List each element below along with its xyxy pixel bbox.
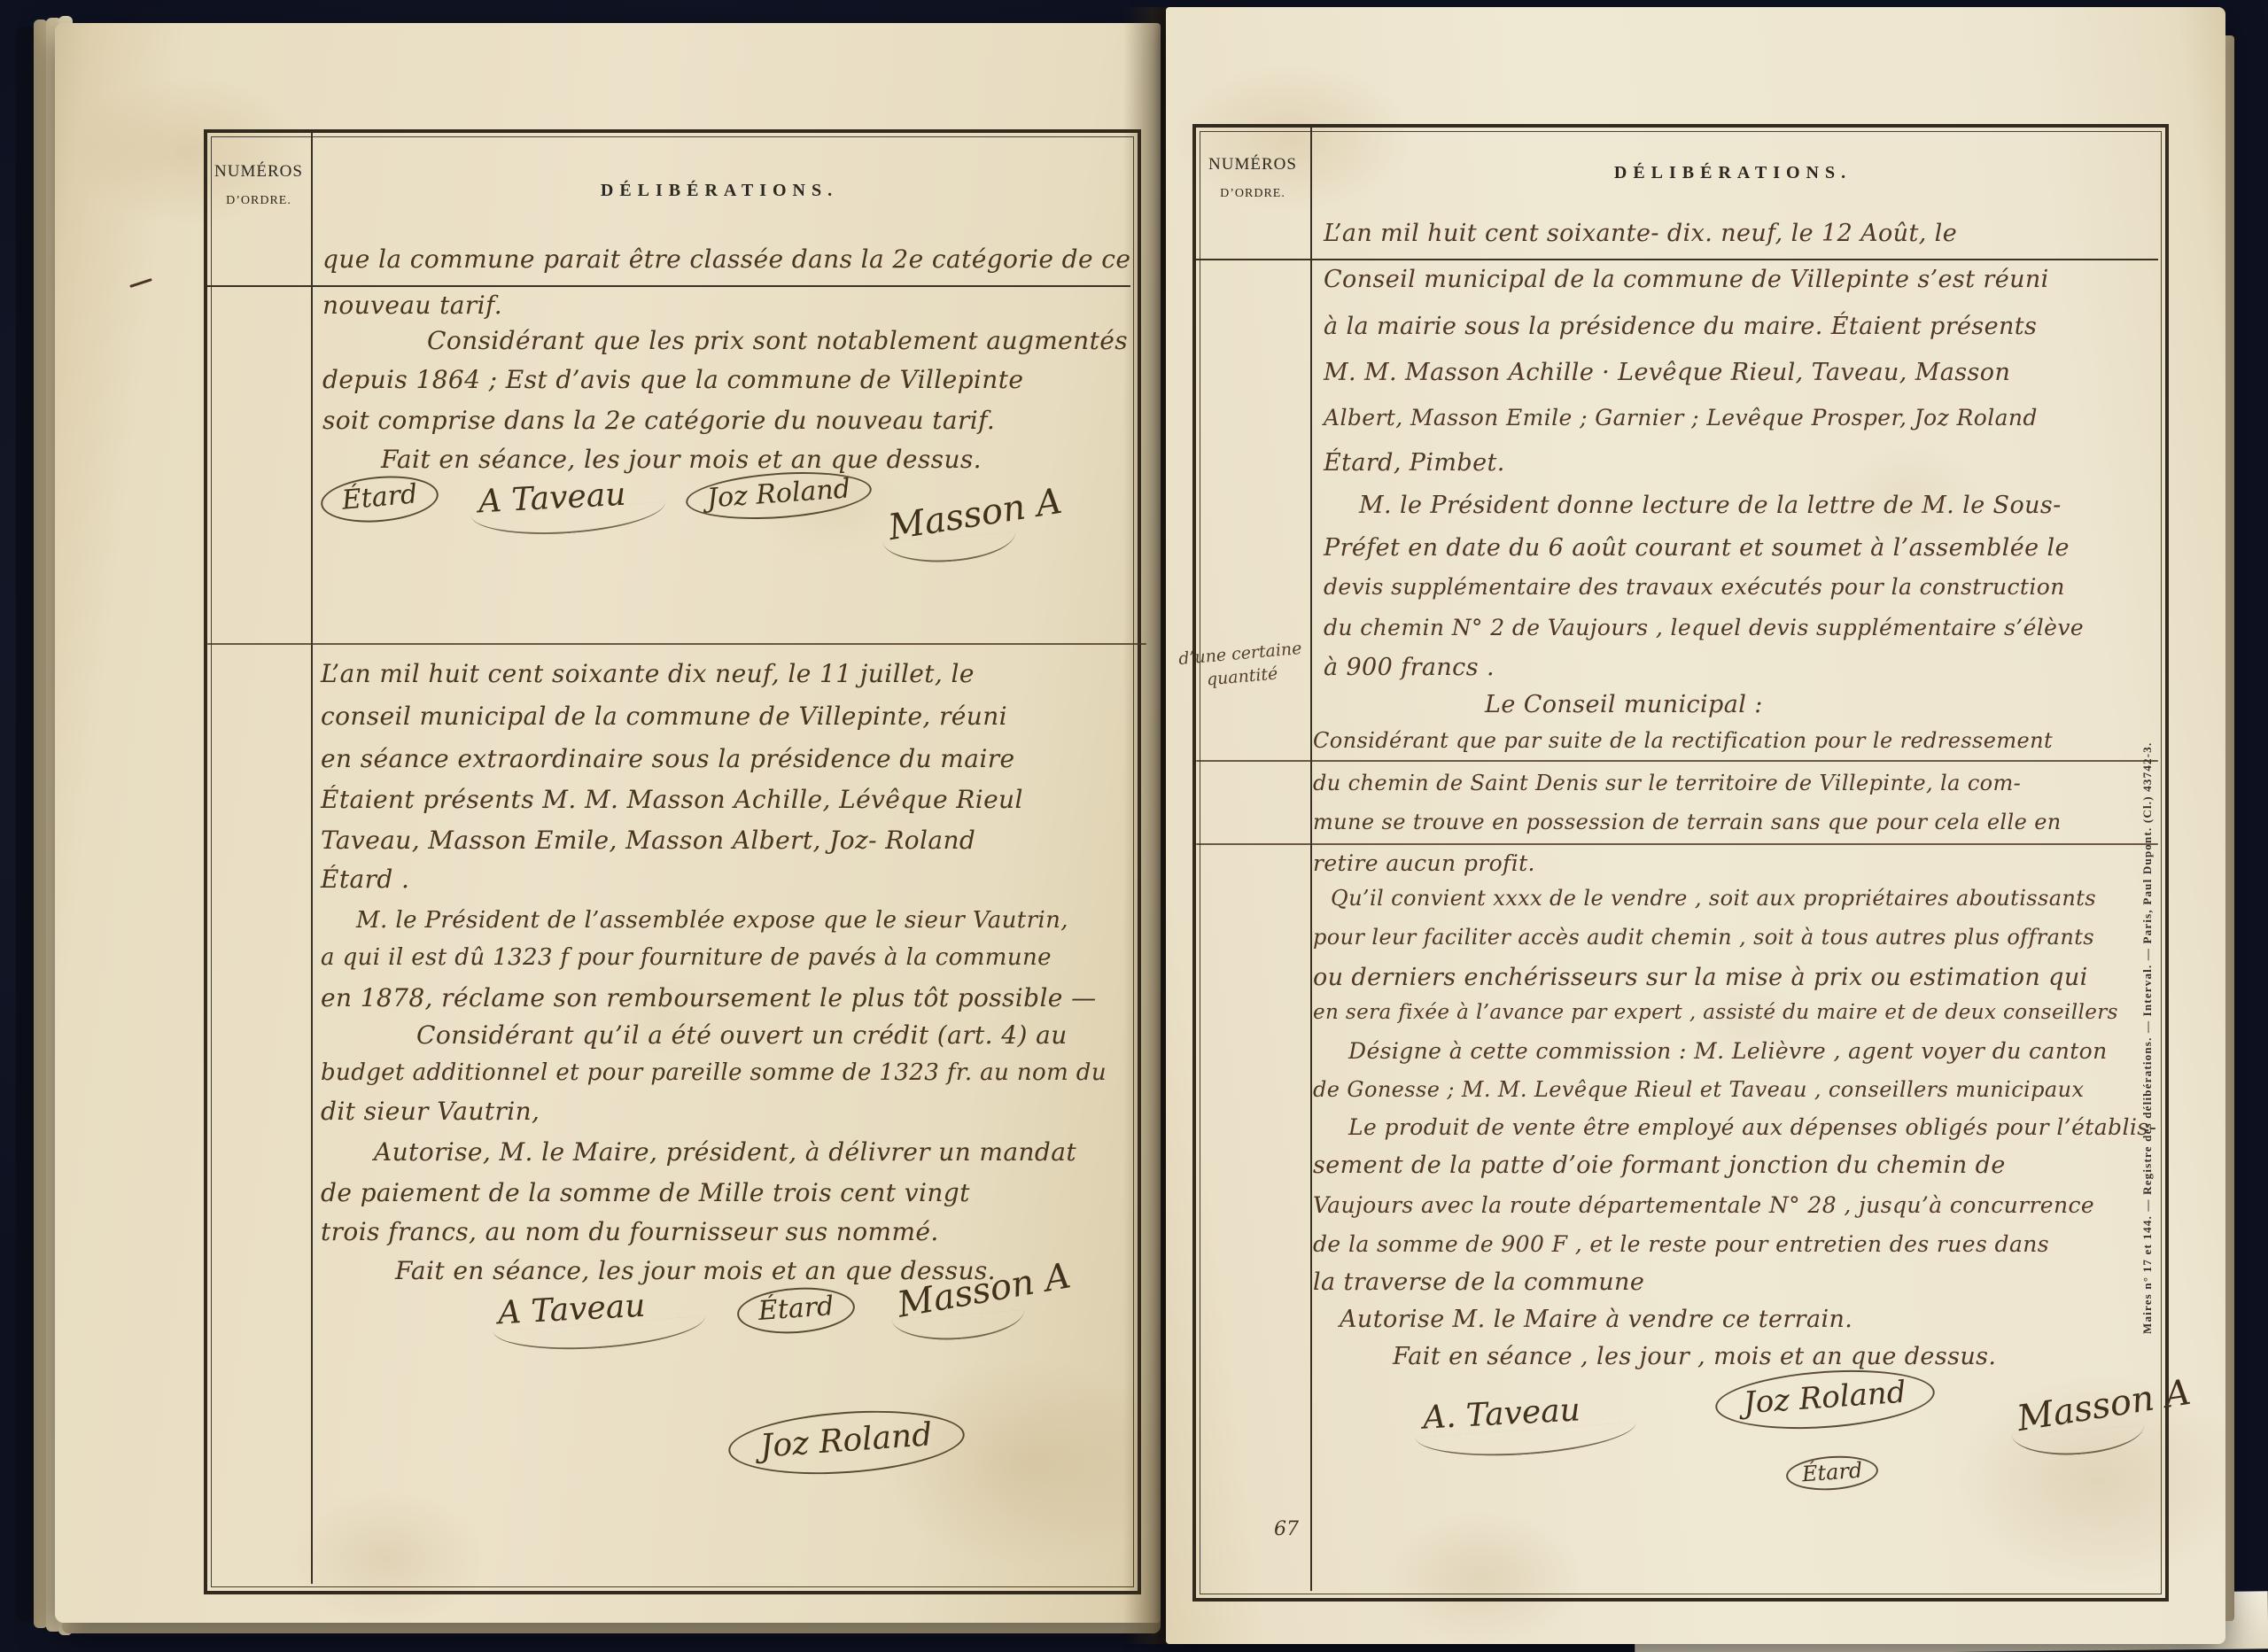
handwritten-line: Considérant qu’il a été ouvert un crédit… xyxy=(416,1020,1068,1050)
handwritten-line: M. M. Masson Achille · Levêque Rieul, Ta… xyxy=(1324,359,2010,386)
handwritten-line: du chemin de Saint Denis sur le territoi… xyxy=(1313,771,2021,795)
signature-text: Joz Roland xyxy=(706,473,851,514)
header-rule xyxy=(1196,259,2158,260)
dordre-label: D’ORDRE. xyxy=(207,194,310,207)
handwritten-line: a qui il est dû 1323 f pour fourniture d… xyxy=(321,944,1052,971)
signature-text: Étard xyxy=(340,478,418,516)
numeros-label: NUMÉROS xyxy=(1196,156,1309,175)
handwritten-line: Autorise M. le Maire à vendre ce terrain… xyxy=(1340,1306,1852,1333)
handwritten-line: à la mairie sous la présidence du maire.… xyxy=(1324,313,2037,340)
header-rule xyxy=(207,285,1130,287)
handwritten-line: Le Conseil municipal : xyxy=(1485,691,1763,718)
handwritten-line: en séance extraordinaire sous la préside… xyxy=(321,744,1014,773)
handwritten-line: la traverse de la commune xyxy=(1313,1268,1644,1296)
handwritten-line: Étard . xyxy=(321,865,409,894)
ink-stroke xyxy=(129,278,152,288)
handwritten-line: nouveau tarif. xyxy=(322,291,502,320)
handwritten-line: L’an mil huit cent soixante- dix. neuf, … xyxy=(1324,220,1957,247)
folio-number: 67 xyxy=(1274,1518,1299,1540)
handwritten-line: M. le Président donne lecture de la lett… xyxy=(1359,492,2062,519)
handwritten-line: Étaient présents M. M. Masson Achille, L… xyxy=(321,785,1023,814)
handwritten-line: L’an mil huit cent soixante dix neuf, le… xyxy=(321,659,975,688)
signature-text: Joz Roland xyxy=(1743,1375,1907,1422)
numeros-column-divider xyxy=(1310,128,1312,1591)
handwritten-line: Étard, Pimbet. xyxy=(1324,449,1505,477)
numeros-label: NUMÉROS xyxy=(207,163,310,182)
handwritten-line: M. le Président de l’assemblée expose qu… xyxy=(356,907,1068,934)
handwritten-line: Considérant que par suite de la rectific… xyxy=(1313,728,2053,753)
handwritten-line: Albert, Masson Emile ; Garnier ; Levêque… xyxy=(1324,405,2038,430)
handwritten-line: Autorise, M. le Maire, président, à déli… xyxy=(374,1137,1076,1167)
signature-text: Joz Roland xyxy=(759,1416,934,1464)
handwritten-line: Considérant que les prix sont notablemen… xyxy=(427,326,1128,355)
handwritten-line: soit comprise dans la 2e catégorie du no… xyxy=(322,406,995,435)
handwritten-line: Vaujours avec la route départementale N°… xyxy=(1313,1192,2094,1218)
handwritten-line: budget additionnel et pour pareille somm… xyxy=(321,1059,1107,1086)
handwritten-line: en sera fixée à l’avance par expert , as… xyxy=(1313,1001,2118,1024)
handwritten-line: mune se trouve en possession de terrain … xyxy=(1313,810,2062,834)
handwritten-line: Préfet en date du 6 août courant et soum… xyxy=(1324,534,2070,562)
handwritten-line: du chemin N° 2 de Vaujours , lequel devi… xyxy=(1324,615,2084,640)
handwritten-line: Fait en séance, les jour mois et an que … xyxy=(381,445,982,474)
page-edge-stack xyxy=(16,27,35,1621)
handwritten-line: Conseil municipal de la commune de Ville… xyxy=(1324,266,2049,293)
correction-rule xyxy=(1196,843,2158,845)
separator-line xyxy=(207,643,1146,645)
handwritten-line: Fait en séance, les jour mois et an que … xyxy=(395,1256,996,1285)
numeros-dordre-header: NUMÉROS D’ORDRE. xyxy=(1196,156,1309,200)
correction-rule xyxy=(1196,760,2158,762)
dordre-label: D’ORDRE. xyxy=(1196,187,1309,200)
handwritten-line: de Gonesse ; M. M. Levêque Rieul et Tave… xyxy=(1313,1077,2084,1102)
deliberations-header: DÉLIBÉRATIONS. xyxy=(321,181,1118,201)
deliberations-header: DÉLIBÉRATIONS. xyxy=(1325,163,2140,183)
signature-text: Étard xyxy=(1801,1458,1863,1487)
register-page-right: NUMÉROS D’ORDRE. DÉLIBÉRATIONS. d’une ce… xyxy=(1166,7,2225,1644)
handwritten-line: Le produit de vente être employé aux dép… xyxy=(1348,1114,2156,1140)
handwritten-line: ou derniers enchérisseurs sur la mise à … xyxy=(1313,964,2088,991)
handwritten-line: sement de la patte d’oie formant jonctio… xyxy=(1313,1152,2006,1179)
handwritten-line: Fait en séance , les jour , mois et an q… xyxy=(1393,1343,1996,1370)
printer-imprint: Maires n° 17 et 144. — Registre des déli… xyxy=(2140,572,2155,1334)
handwritten-line: conseil municipal de la commune de Ville… xyxy=(321,702,1007,731)
handwritten-line: dit sieur Vautrin, xyxy=(321,1097,540,1126)
handwritten-line: retire aucun profit. xyxy=(1313,850,1535,876)
handwritten-line: trois francs, au nom du fournisseur sus … xyxy=(321,1217,939,1246)
handwritten-line: depuis 1864 ; Est d’avis que la commune … xyxy=(322,365,1023,394)
register-page-left: NUMÉROS D’ORDRE. DÉLIBÉRATIONS. que la c… xyxy=(55,23,1161,1623)
book-photo: NUMÉROS D’ORDRE. DÉLIBÉRATIONS. que la c… xyxy=(0,0,2268,1652)
handwritten-line: en 1878, réclame son remboursement le pl… xyxy=(321,983,1096,1012)
numeros-dordre-header: NUMÉROS D’ORDRE. xyxy=(207,163,310,207)
handwritten-line: à 900 francs . xyxy=(1324,654,1495,681)
handwritten-line: pour leur faciliter accès audit chemin ,… xyxy=(1313,925,2094,950)
numeros-column-divider xyxy=(311,133,313,1584)
handwritten-line: devis supplémentaire des travaux exécuté… xyxy=(1324,574,2065,600)
handwritten-line: de paiement de la somme de Mille trois c… xyxy=(321,1178,970,1207)
handwritten-line: que la commune parait être classée dans … xyxy=(322,244,1130,274)
handwritten-line: Taveau, Masson Emile, Masson Albert, Joz… xyxy=(321,826,975,855)
signature-text: Étard xyxy=(757,1291,835,1327)
handwritten-line: Qu’il convient xxxx de le vendre , soit … xyxy=(1331,886,2096,911)
handwritten-line: de la somme de 900 F , et le reste pour … xyxy=(1313,1231,2049,1257)
handwritten-line: Désigne à cette commission : M. Lelièvre… xyxy=(1348,1038,2108,1064)
